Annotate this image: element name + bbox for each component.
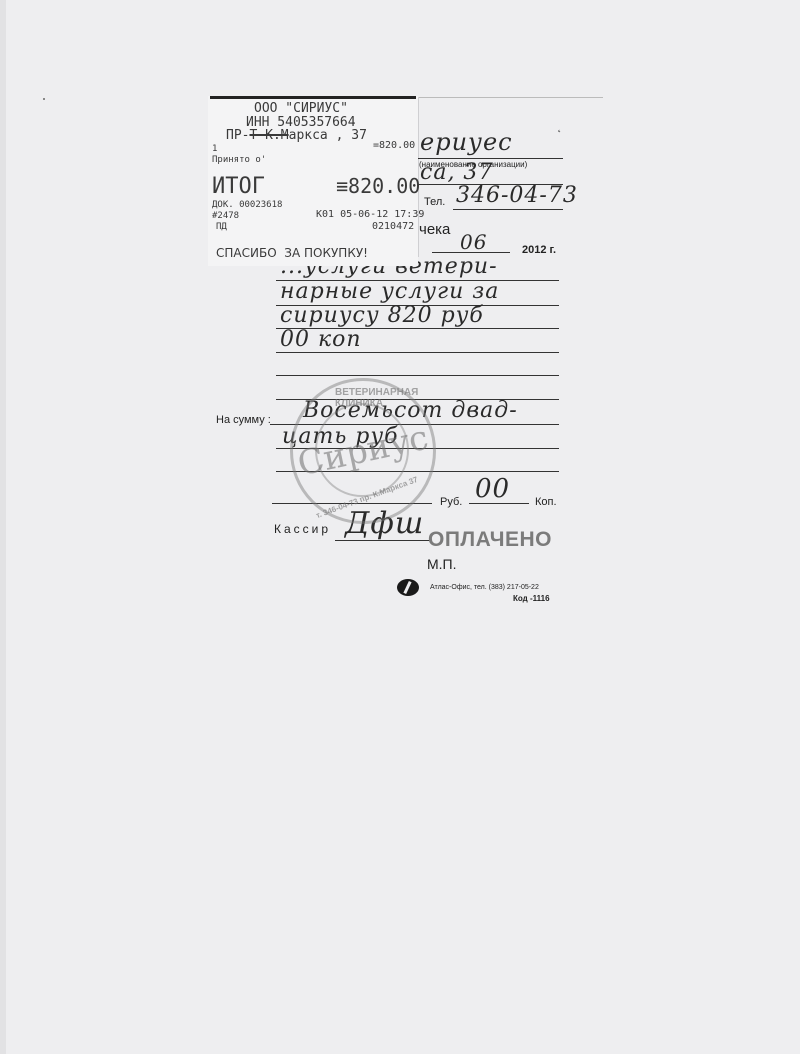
receipt-tear-edge bbox=[210, 96, 416, 99]
description-line bbox=[276, 352, 559, 353]
org-name-line bbox=[418, 158, 563, 159]
phone-label: Тел. bbox=[424, 196, 445, 208]
description-line-3: сириусу 820 руб bbox=[280, 303, 484, 328]
description-line-4: 00 коп bbox=[280, 327, 362, 352]
receipt-total-label: ИТОГ bbox=[212, 174, 265, 199]
phone-handwritten: 346-04-73 bbox=[456, 183, 578, 208]
comma-mark: ˛ bbox=[558, 122, 561, 133]
scan-edge bbox=[0, 0, 6, 1054]
receipt-company: ООО "СИРИУС" bbox=[254, 101, 348, 116]
date-line bbox=[432, 252, 510, 253]
address-prefix: ПР- bbox=[226, 128, 249, 143]
kop-handwritten: 00 bbox=[475, 474, 510, 504]
receipt-doc-number: ДОК. 00023618 bbox=[212, 200, 282, 210]
year-label: 2012 г. bbox=[522, 244, 556, 256]
receipt-total-amount: ≡820.00 bbox=[336, 174, 420, 198]
receipt-check-number: #2478 bbox=[212, 211, 239, 221]
cashier-label: Кассир bbox=[274, 522, 331, 536]
sum-label: На сумму : bbox=[216, 414, 271, 426]
rub-label: Руб. bbox=[440, 496, 462, 508]
receipt-accepted-label: Принято о' bbox=[212, 155, 266, 165]
clinic-round-stamp: ВЕТЕРИНАРНАЯ КЛИНИКА Сириус т. 346-04-73… bbox=[290, 378, 436, 524]
receipt-item-amount: =820.00 bbox=[373, 140, 415, 151]
receipt-thanks: СПАСИБО ЗА ПОКУПКУ! bbox=[216, 246, 368, 260]
stamp-top-text: ВЕТЕРИНАРНАЯ КЛИНИКА bbox=[335, 387, 433, 409]
address-handwritten: са, 37 bbox=[420, 160, 493, 185]
paid-stamp: ОПЛАЧЕНО bbox=[428, 528, 552, 552]
description-line bbox=[276, 375, 559, 376]
description-line-2: нарные услуги за bbox=[280, 279, 499, 304]
date-handwritten: 06 bbox=[460, 230, 487, 254]
org-name-handwritten: ериуес bbox=[420, 128, 513, 156]
doc-title-fragment: чека bbox=[419, 221, 450, 238]
atlas-office-logo-icon bbox=[397, 579, 419, 596]
receipt-serial: 0210472 bbox=[372, 221, 414, 232]
dust-speck bbox=[43, 98, 45, 100]
receipt-item-qty: 1 bbox=[212, 144, 217, 154]
address-rest: аркса , 37 bbox=[289, 128, 367, 143]
phone-line bbox=[453, 209, 563, 210]
receipt-address: ПР-Т К.Маркса , 37 bbox=[226, 128, 367, 143]
cash-register-receipt: ООО "СИРИУС" ИНН 5405357664 ПР-Т К.Маркс… bbox=[208, 96, 418, 266]
publisher-info: Атлас-Офис, тел. (383) 217-05-22 bbox=[430, 584, 539, 591]
kop-label: Коп. bbox=[535, 496, 557, 508]
form-top-edge bbox=[418, 97, 603, 98]
receipt-datetime: К01 05-06-12 17:39 bbox=[316, 209, 424, 220]
address-struck: Т К.М bbox=[249, 128, 288, 143]
form-code: Код -1116 bbox=[513, 594, 550, 603]
seal-label: М.П. bbox=[427, 556, 457, 572]
receipt-pd-label: ПД bbox=[216, 222, 227, 232]
